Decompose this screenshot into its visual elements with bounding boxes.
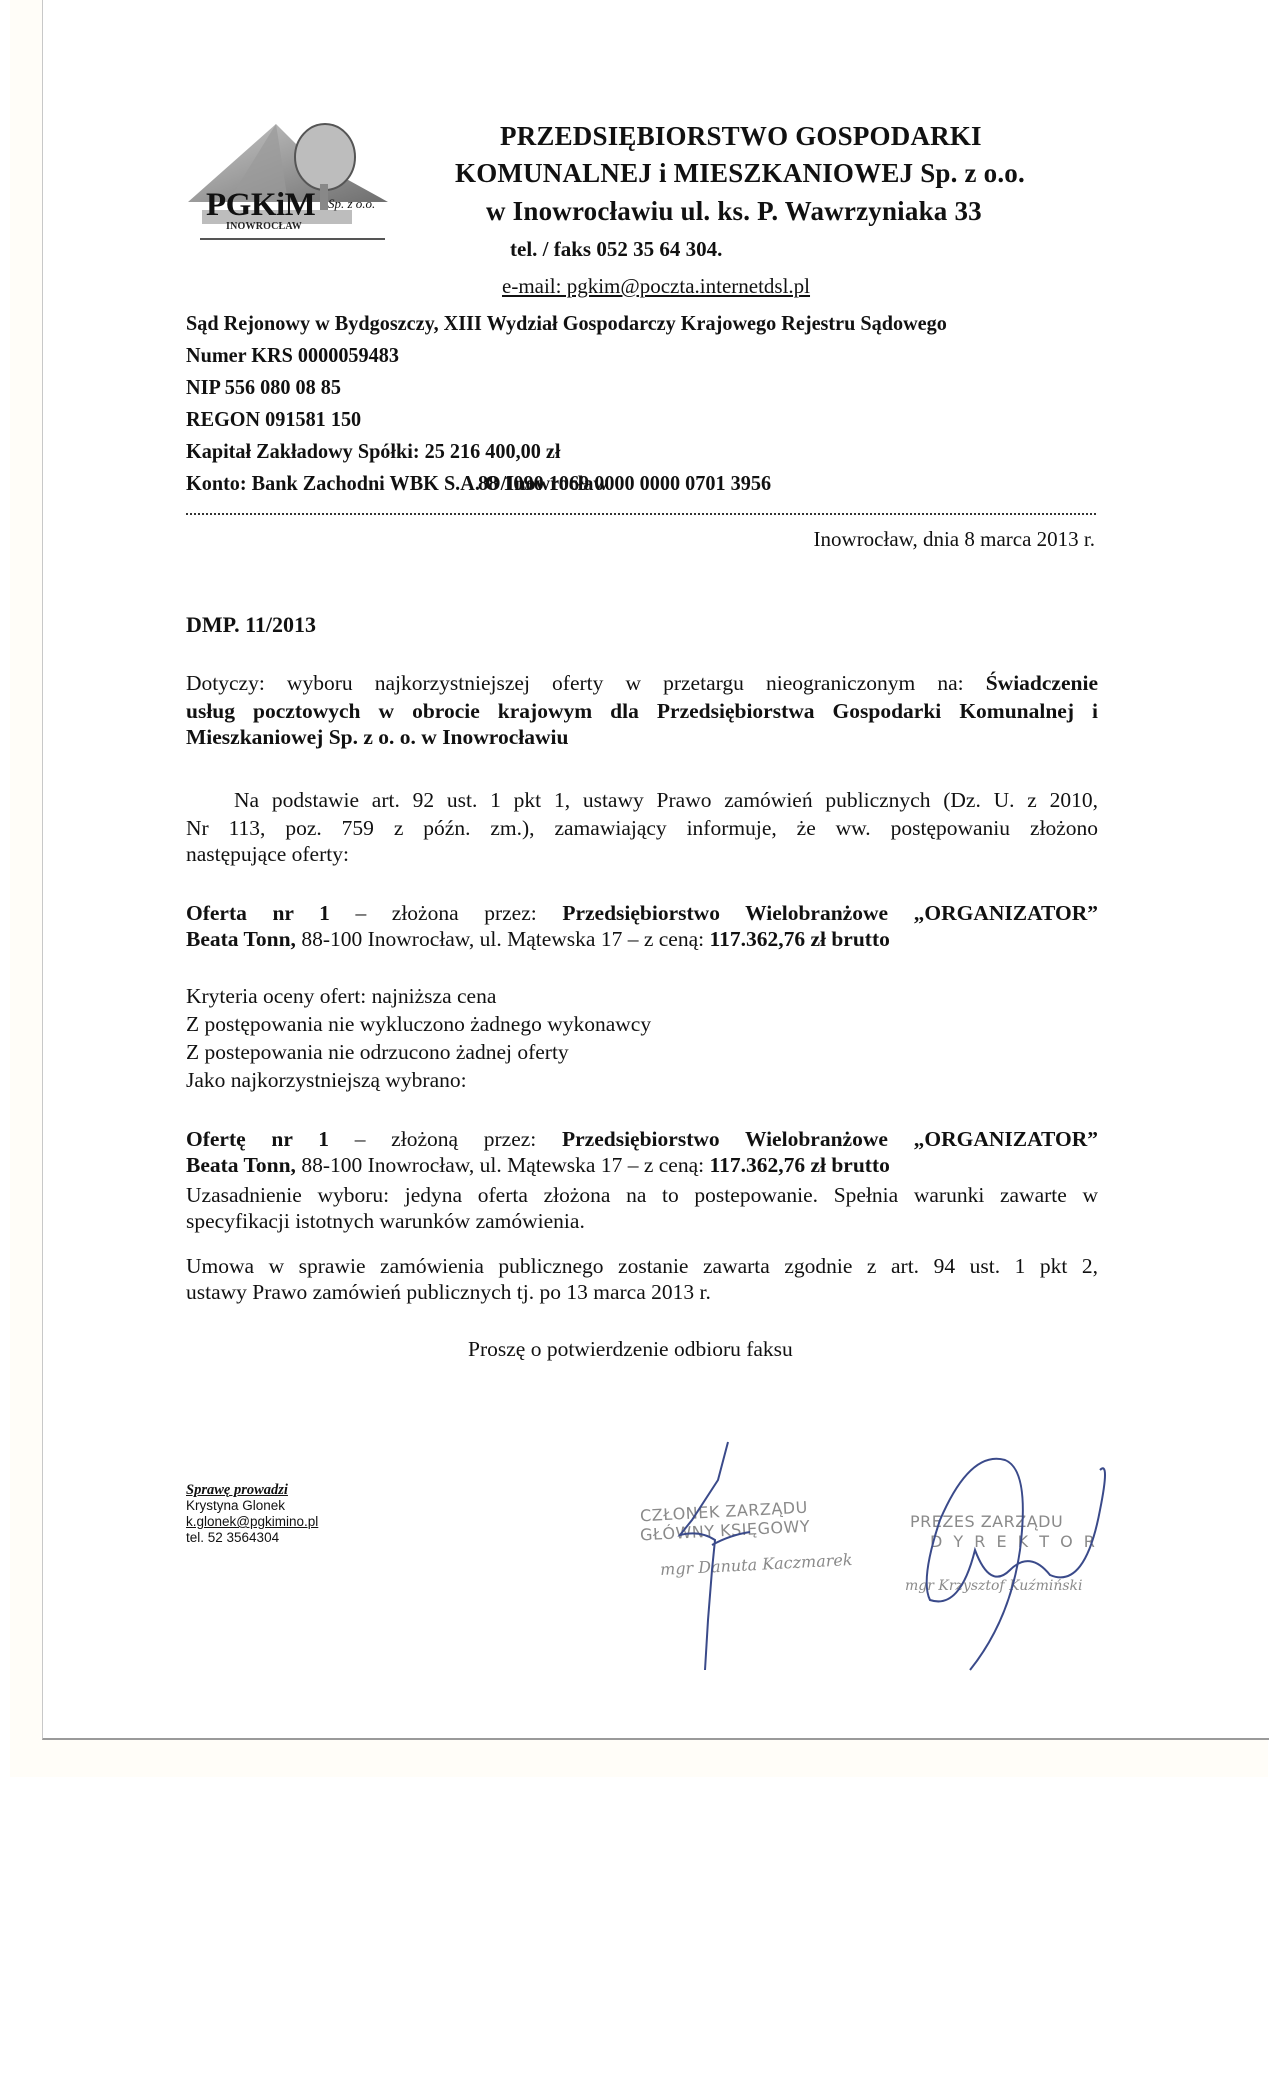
logo-name: PGKiM [206, 187, 315, 224]
logo-city: INOWROCŁAW [226, 221, 302, 232]
contact-heading: Sprawę prowadzi [186, 1482, 318, 1498]
company-name-line1: PRZEDSIĘBIORSTWO GOSPODARKI [500, 121, 982, 152]
subject-prefix: Dotyczy: wyboru najkorzystniejszej ofert… [186, 671, 964, 695]
company-address: w Inowrocławiu ul. ks. P. Wawrzyniaka 33 [486, 196, 982, 227]
contract-line2: ustawy Prawo zamówień publicznych tj. po… [186, 1280, 711, 1305]
offer-submitted-by: – złożona przez: [330, 901, 562, 925]
subject-line3: Mieszkaniowej Sp. z o. o. w Inowrocławiu [186, 725, 568, 750]
fax-request: Proszę o potwierdzenie odbioru faksu [468, 1337, 793, 1362]
signature-left-icon [640, 1440, 800, 1680]
registry-court: Sąd Rejonowy w Bydgoszczy, XIII Wydział … [186, 311, 947, 336]
selected-line2: Beata Tonn, 88-100 Inowrocław, ul. Mątew… [186, 1153, 890, 1178]
offer-line1: Oferta nr 1 – złożona przez: Przedsiębio… [186, 899, 1098, 927]
company-email-link[interactable]: e-mail: pgkim@poczta.internetdsl.pl [502, 274, 810, 299]
criteria-item: Kryteria oceny ofert: najniższa cena [186, 984, 496, 1009]
offer-owner: Beata Tonn, [186, 927, 296, 951]
reference-number: DMP. 11/2013 [186, 612, 316, 638]
company-name-line2: KOMUNALNEJ i MIESZKANIOWEJ Sp. z o.o. [455, 158, 1025, 189]
subject-line2: usług pocztowych w obrocie krajowym dla … [186, 697, 1098, 725]
intro-line2: Nr 113, poz. 759 z późn. zm.), zamawiają… [186, 814, 1098, 842]
selected-owner: Beata Tonn, [186, 1153, 296, 1177]
subject-title-part1: Świadczenie [986, 671, 1098, 695]
subject-line1: Dotyczy: wyboru najkorzystniejszej ofert… [186, 669, 1098, 697]
selected-justification-line2: specyfikacji istotnych warunków zamówien… [186, 1209, 585, 1234]
contact-email-link[interactable]: k.glonek@pgkimino.pl [186, 1514, 318, 1530]
place-date: Inowrocław, dnia 8 marca 2013 r. [814, 527, 1095, 552]
criteria-item: Z postępowania nie wykluczono żadnego wy… [186, 1012, 651, 1037]
intro-line1: Na podstawie art. 92 ust. 1 pkt 1, ustaw… [234, 786, 1098, 814]
contact-name: Krystyna Glonek [186, 1498, 318, 1514]
offer-label: Oferta nr 1 [186, 901, 330, 925]
criteria-item: Jako najkorzystniejszą wybrano: [186, 1068, 467, 1093]
dotted-separator [186, 513, 1096, 515]
logo-underline [200, 238, 385, 240]
selected-price: 117.362,76 zł brutto [710, 1153, 890, 1177]
selected-justification-line1: Uzasadnienie wyboru: jedyna oferta złożo… [186, 1181, 1098, 1209]
offer-address: 88-100 Inowrocław, ul. Mątewska 17 – z c… [296, 927, 710, 951]
registry-krs: Numer KRS 0000059483 [186, 343, 399, 368]
selected-label: Ofertę nr 1 [186, 1127, 329, 1151]
selected-address: 88-100 Inowrocław, ul. Mątewska 17 – z c… [296, 1153, 710, 1177]
offer-price: 117.362,76 zł brutto [710, 927, 890, 951]
registry-account-number: 88 1090 1069 0000 0000 0701 3956 [478, 471, 771, 496]
contact-block: Sprawę prowadzi Krystyna Glonek k.glonek… [186, 1482, 318, 1546]
logo-legal-form: Sp. z o.o. [328, 196, 375, 212]
selected-company: Przedsiębiorstwo Wielobranżowe „ORGANIZA… [562, 1127, 1098, 1151]
selected-submitted-by: – złożoną przez: [329, 1127, 562, 1151]
offer-company: Przedsiębiorstwo Wielobranżowe „ORGANIZA… [562, 901, 1098, 925]
contract-line1: Umowa w sprawie zamówienia publicznego z… [186, 1252, 1098, 1280]
registry-nip: NIP 556 080 08 85 [186, 375, 341, 400]
intro-line3: następujące oferty: [186, 842, 349, 867]
offer-line2: Beata Tonn, 88-100 Inowrocław, ul. Mątew… [186, 927, 890, 952]
selected-line1: Ofertę nr 1 – złożoną przez: Przedsiębio… [186, 1125, 1098, 1153]
contact-phone: tel. 52 3564304 [186, 1530, 318, 1546]
registry-capital: Kapitał Zakładowy Spółki: 25 216 400,00 … [186, 439, 561, 464]
company-phone: tel. / faks 052 35 64 304. [510, 237, 722, 262]
registry-regon: REGON 091581 150 [186, 407, 361, 432]
signature-right-icon [900, 1450, 1150, 1680]
criteria-item: Z postepowania nie odrzucono żadnej ofer… [186, 1040, 569, 1065]
